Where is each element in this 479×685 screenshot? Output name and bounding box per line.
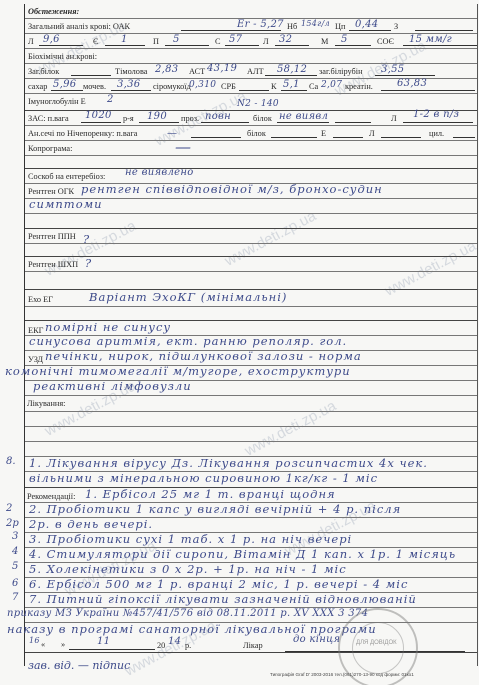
stamp-text: ДЛЯ ДОВІДОК — [356, 640, 397, 646]
urine-sg-value: 1020 — [85, 110, 112, 122]
recommendations-row-4: 3. Пробіотики сухі 1 таб. х 1 р. на ніч … — [25, 533, 477, 548]
l-value: 9,6 — [43, 34, 60, 46]
blood-general-label: Загальний аналіз крові: ОАК — [28, 21, 130, 33]
treatment-text-2: вільними з мінеральною сировиною 1кг/кг … — [29, 472, 378, 484]
cp-label: Цп — [335, 21, 345, 33]
margin-number: 2р — [6, 518, 19, 529]
ige-row: Імуноглобулін Е 2 N2 - 140 — [25, 94, 477, 111]
k-value: 5,1 — [283, 79, 300, 91]
urine-l-label: Л — [391, 113, 397, 125]
margin-number: 4 — [12, 546, 18, 557]
m-value: 5 — [341, 34, 348, 46]
stamp-inner-ring — [352, 622, 404, 674]
m-label: М — [321, 36, 328, 48]
ige-label: Імуноглобулін Е — [28, 96, 86, 108]
biochem-row-2: сахар 5,96 мочев. 3,36 сіромукоїд 0,310 … — [25, 79, 477, 94]
l-label: Л — [28, 36, 34, 48]
protein-line — [71, 64, 111, 76]
medical-form: Обстеження: Загальний аналіз крові: ОАК … — [24, 4, 478, 666]
treatment-row-4 — [25, 442, 477, 457]
seromucoid-value: 0,310 — [189, 79, 216, 91]
ca-label: Са — [309, 81, 318, 93]
urine-reaction-value: 190 — [147, 111, 167, 123]
urine-clarity-label: проз. — [181, 113, 199, 125]
nechyporenko-label: Ан.сечі по Нічепоренку: п.вага — [28, 128, 137, 140]
recommendation-item: 5. Холекінетики з 0 х 2р. + 1р. на ніч -… — [29, 563, 347, 575]
crp-label: СРБ — [221, 81, 236, 93]
nechyporenko-row: Ан.сечі по Нічепоренку: п.вага — білок Е… — [25, 126, 477, 141]
z-line — [415, 19, 473, 31]
recommendation-item: 1. Ербісол 25 мг 1 т. вранці щодня — [85, 488, 336, 500]
creat-label: креатін. — [345, 81, 373, 93]
coprogram-row-2 — [25, 156, 477, 169]
er-value: Er - 5,27 — [237, 19, 284, 31]
timol-value: 2,83 — [155, 64, 178, 76]
biochem-label: Біохімічні ан.крові: — [28, 51, 97, 63]
xray-sinus-row-2 — [25, 244, 477, 257]
ast-label: АСТ — [189, 66, 205, 78]
xray-thymus-value: ? — [85, 257, 92, 269]
urine-blank-line — [335, 111, 371, 123]
ecg-text-1: помірні не синусу — [45, 321, 171, 333]
urine-l-value: 1-2 в п/з — [413, 109, 459, 121]
section-title: Обстеження: — [28, 6, 79, 18]
urine-protein-label: білок — [253, 113, 272, 125]
urine-reaction-label: р-я — [123, 113, 134, 125]
nechyporenko-sg-line — [191, 126, 241, 138]
treatment-row-2 — [25, 412, 477, 427]
date-close-quote: » — [61, 639, 65, 651]
echo-row-2 — [25, 307, 477, 321]
ly-value: 32 — [279, 34, 292, 46]
date-year-label: р. — [185, 640, 191, 652]
hb-label: Нб — [287, 21, 297, 33]
enterobiasis-value: не виявлено — [125, 167, 194, 179]
alt-value: 58,12 — [277, 64, 307, 76]
nechyporenko-protein-line — [271, 126, 317, 138]
coprogram-row: Копрограма: — — [25, 141, 477, 156]
protein-label: Заг.білок — [28, 66, 59, 78]
recommendations-row-3: 2р. в день вечері. — [25, 518, 477, 533]
k-label: К — [271, 81, 277, 93]
ige-value: 2 — [107, 94, 114, 106]
sugar-label: сахар — [28, 81, 47, 93]
recommendation-item: приказу МЗ України №457/41/576 від 08.11… — [7, 608, 368, 620]
biochem-row-1: Заг.білок Тімолова 2,83 АСТ 43,19 АЛТ 58… — [25, 64, 477, 79]
coprogram-label: Копрограма: — [28, 143, 72, 155]
date-month: 11 — [97, 636, 110, 648]
recommendations-row-2: 2. Пробіотики 1 капс у вигляді вечірній … — [25, 503, 477, 518]
date-year-suffix: 14 — [168, 636, 181, 648]
recommendations-row-7: 6. Ербісол 500 мг 1 р. вранці 2 міс, 1 р… — [25, 578, 477, 593]
creat-value: 63,83 — [397, 78, 427, 90]
xray-chest-row-2: симптоми — [25, 199, 477, 214]
crp-line — [239, 79, 269, 91]
biochem-title-row: Біохімічні ан.крові: — [25, 49, 477, 64]
margin-number: 8. — [6, 456, 16, 467]
bili-value: 3,55 — [381, 64, 404, 76]
nechyporenko-l-line — [381, 126, 421, 138]
xray-sinus-label: Рентген ППН — [28, 231, 76, 243]
doctor-signature: до кінця — [293, 634, 340, 646]
echo-label: Ехо ЕГ — [28, 294, 53, 306]
alt-label: АЛТ — [247, 66, 264, 78]
bili-label: заг.білірубін — [319, 66, 363, 78]
ultrasound-row-3: реактивні лімфовузли — [25, 381, 477, 396]
xray-chest-row-3 — [25, 214, 477, 229]
recommendation-item: 4. Стимулятори дії сиропи, Вітамін Д 1 к… — [29, 548, 456, 560]
xray-chest-text-2: симптоми — [29, 198, 103, 210]
date-month-line — [69, 638, 155, 650]
echo-value: Варіант ЭхоКГ (мінімальні) — [89, 291, 287, 303]
xray-thymus-row: Рентген ШХП ? — [25, 257, 477, 272]
treatment-row-3 — [25, 427, 477, 442]
urine-clarity-value: повн — [205, 111, 231, 123]
nechyporenko-protein-label: білок — [247, 128, 266, 140]
urea-label: мочев. — [83, 81, 106, 93]
urine-protein-value: не виявл — [279, 111, 328, 123]
ly-label: Л — [263, 36, 269, 48]
margin-number: 2 — [6, 503, 12, 514]
date-open-quote: « — [41, 639, 45, 651]
date-day: 16 — [29, 635, 40, 647]
treatment-text-1: 1. Лікування вірусу Дз. Лікування розсип… — [29, 457, 428, 469]
sugar-value: 5,96 — [53, 79, 76, 91]
urine-row: ЗАС: п.вага 1020 р-я 190 проз. повн біло… — [25, 111, 477, 126]
nechyporenko-e-line — [333, 126, 363, 138]
nechyporenko-e-label: Е — [321, 128, 326, 140]
margin-number: 6 — [12, 578, 18, 589]
xray-sinus-row: Рентген ППН ? — [25, 229, 477, 244]
creat-line — [381, 79, 475, 91]
ultrasound-text-2: комонічні тимомегалії м/тугоре, ехострук… — [5, 365, 351, 377]
recommendation-item: 7. Питний гіпоксії лікувати зазначеній в… — [29, 593, 417, 605]
margin-number: 3 — [12, 531, 18, 542]
section-title-row: Обстеження: — [25, 4, 477, 19]
p-label: П — [153, 36, 159, 48]
e-label: Є — [93, 36, 98, 48]
timol-label: Тімолова — [115, 66, 147, 78]
echo-row: Ехо ЕГ Варіант ЭхоКГ (мінімальні) — [25, 290, 477, 307]
date-year-prefix: 20 — [157, 640, 165, 652]
treatment-row: Лікування: — [25, 396, 477, 412]
treatment-row-6: вільними з мінеральною сировиною 1кг/кг … — [25, 472, 477, 488]
coprogram-value: — — [175, 141, 192, 153]
ige-norm-note: N2 - 140 — [237, 98, 279, 110]
xray-chest-text-1: рентген співвідповідної м/з, бронхо-суди… — [81, 183, 383, 195]
nechyporenko-l-label: Л — [369, 128, 375, 140]
printer-imprint: Типографія Graf D' 2003-2016 тел.(061)27… — [270, 672, 414, 677]
urea-value: 3,36 — [117, 79, 140, 91]
leukocyte-formula-row: Л 9,6 Є 1 П 5 С 57 Л 32 М 5 СОЄ 15 мм/г — [25, 34, 477, 49]
treatment-label: Лікування: — [27, 398, 66, 410]
soe-value: 15 мм/г — [409, 34, 452, 46]
cp-value: 0,44 — [355, 19, 378, 31]
recommendation-item: 2р. в день вечері. — [29, 518, 153, 530]
ast-value: 43,19 — [207, 63, 237, 75]
s-label: С — [215, 36, 221, 48]
nechyporenko-cyl-line — [453, 126, 475, 138]
recommendations-row-5: 4. Стимулятори дії сиропи, Вітамін Д 1 к… — [25, 548, 477, 563]
head-of-department-signature: зав. від. — підпис — [28, 659, 130, 672]
urine-sg-label: ЗАС: п.вага — [28, 113, 69, 125]
hb-value: 154г/л — [301, 18, 330, 30]
nechyporenko-cyl-label: цил. — [429, 128, 444, 140]
recommendation-item: 6. Ербісол 500 мг 1 р. вранці 2 міс, 1 р… — [29, 578, 408, 590]
treatment-row-5: 1. Лікування вірусу Дз. Лікування розсип… — [25, 457, 477, 472]
p-value: 5 — [173, 34, 180, 46]
seromucoid-label: сіромукоїд — [153, 81, 191, 93]
ultrasound-text-3: реактивні лімфовузли — [33, 380, 192, 392]
ultrasound-text-1: печінки, нирок, підшлункової залози - но… — [45, 350, 362, 362]
blood-general-row: Загальний аналіз крові: ОАК Er - 5,27 Нб… — [25, 19, 477, 34]
s-value: 57 — [229, 34, 242, 46]
ecg-text-2: синусова аритмія, ект. ранню реполяр. го… — [29, 335, 347, 347]
recommendations-row-8: 7. Питний гіпоксії лікувати зазначеній в… — [25, 593, 477, 608]
p-line — [165, 34, 209, 46]
xray-thymus-label: Рентген ШХП — [28, 259, 78, 271]
recommendations-row-9: приказу МЗ України №457/41/576 від 08.11… — [25, 608, 477, 623]
margin-number: 5 — [12, 561, 18, 572]
recommendations-row-6: 5. Холекінетики з 0 х 2р. + 1р. на ніч -… — [25, 563, 477, 578]
soe-label: СОЄ — [377, 36, 394, 48]
z-label: З — [394, 21, 398, 33]
margin-number: 7 — [12, 592, 18, 603]
ca-value: 2,07 — [321, 79, 342, 91]
xray-thymus-row-2 — [25, 272, 477, 290]
recommendation-item: 2. Пробіотики 1 капс у вигляді вечірній … — [29, 503, 401, 515]
recommendation-item: 3. Пробіотики сухі 1 таб. х 1 р. на ніч … — [29, 533, 352, 545]
e-value: 1 — [121, 34, 128, 46]
recommendations-row: Рекомендації: 1. Ербісол 25 мг 1 т. вран… — [25, 488, 477, 503]
doctor-label: Лікар — [243, 640, 263, 652]
